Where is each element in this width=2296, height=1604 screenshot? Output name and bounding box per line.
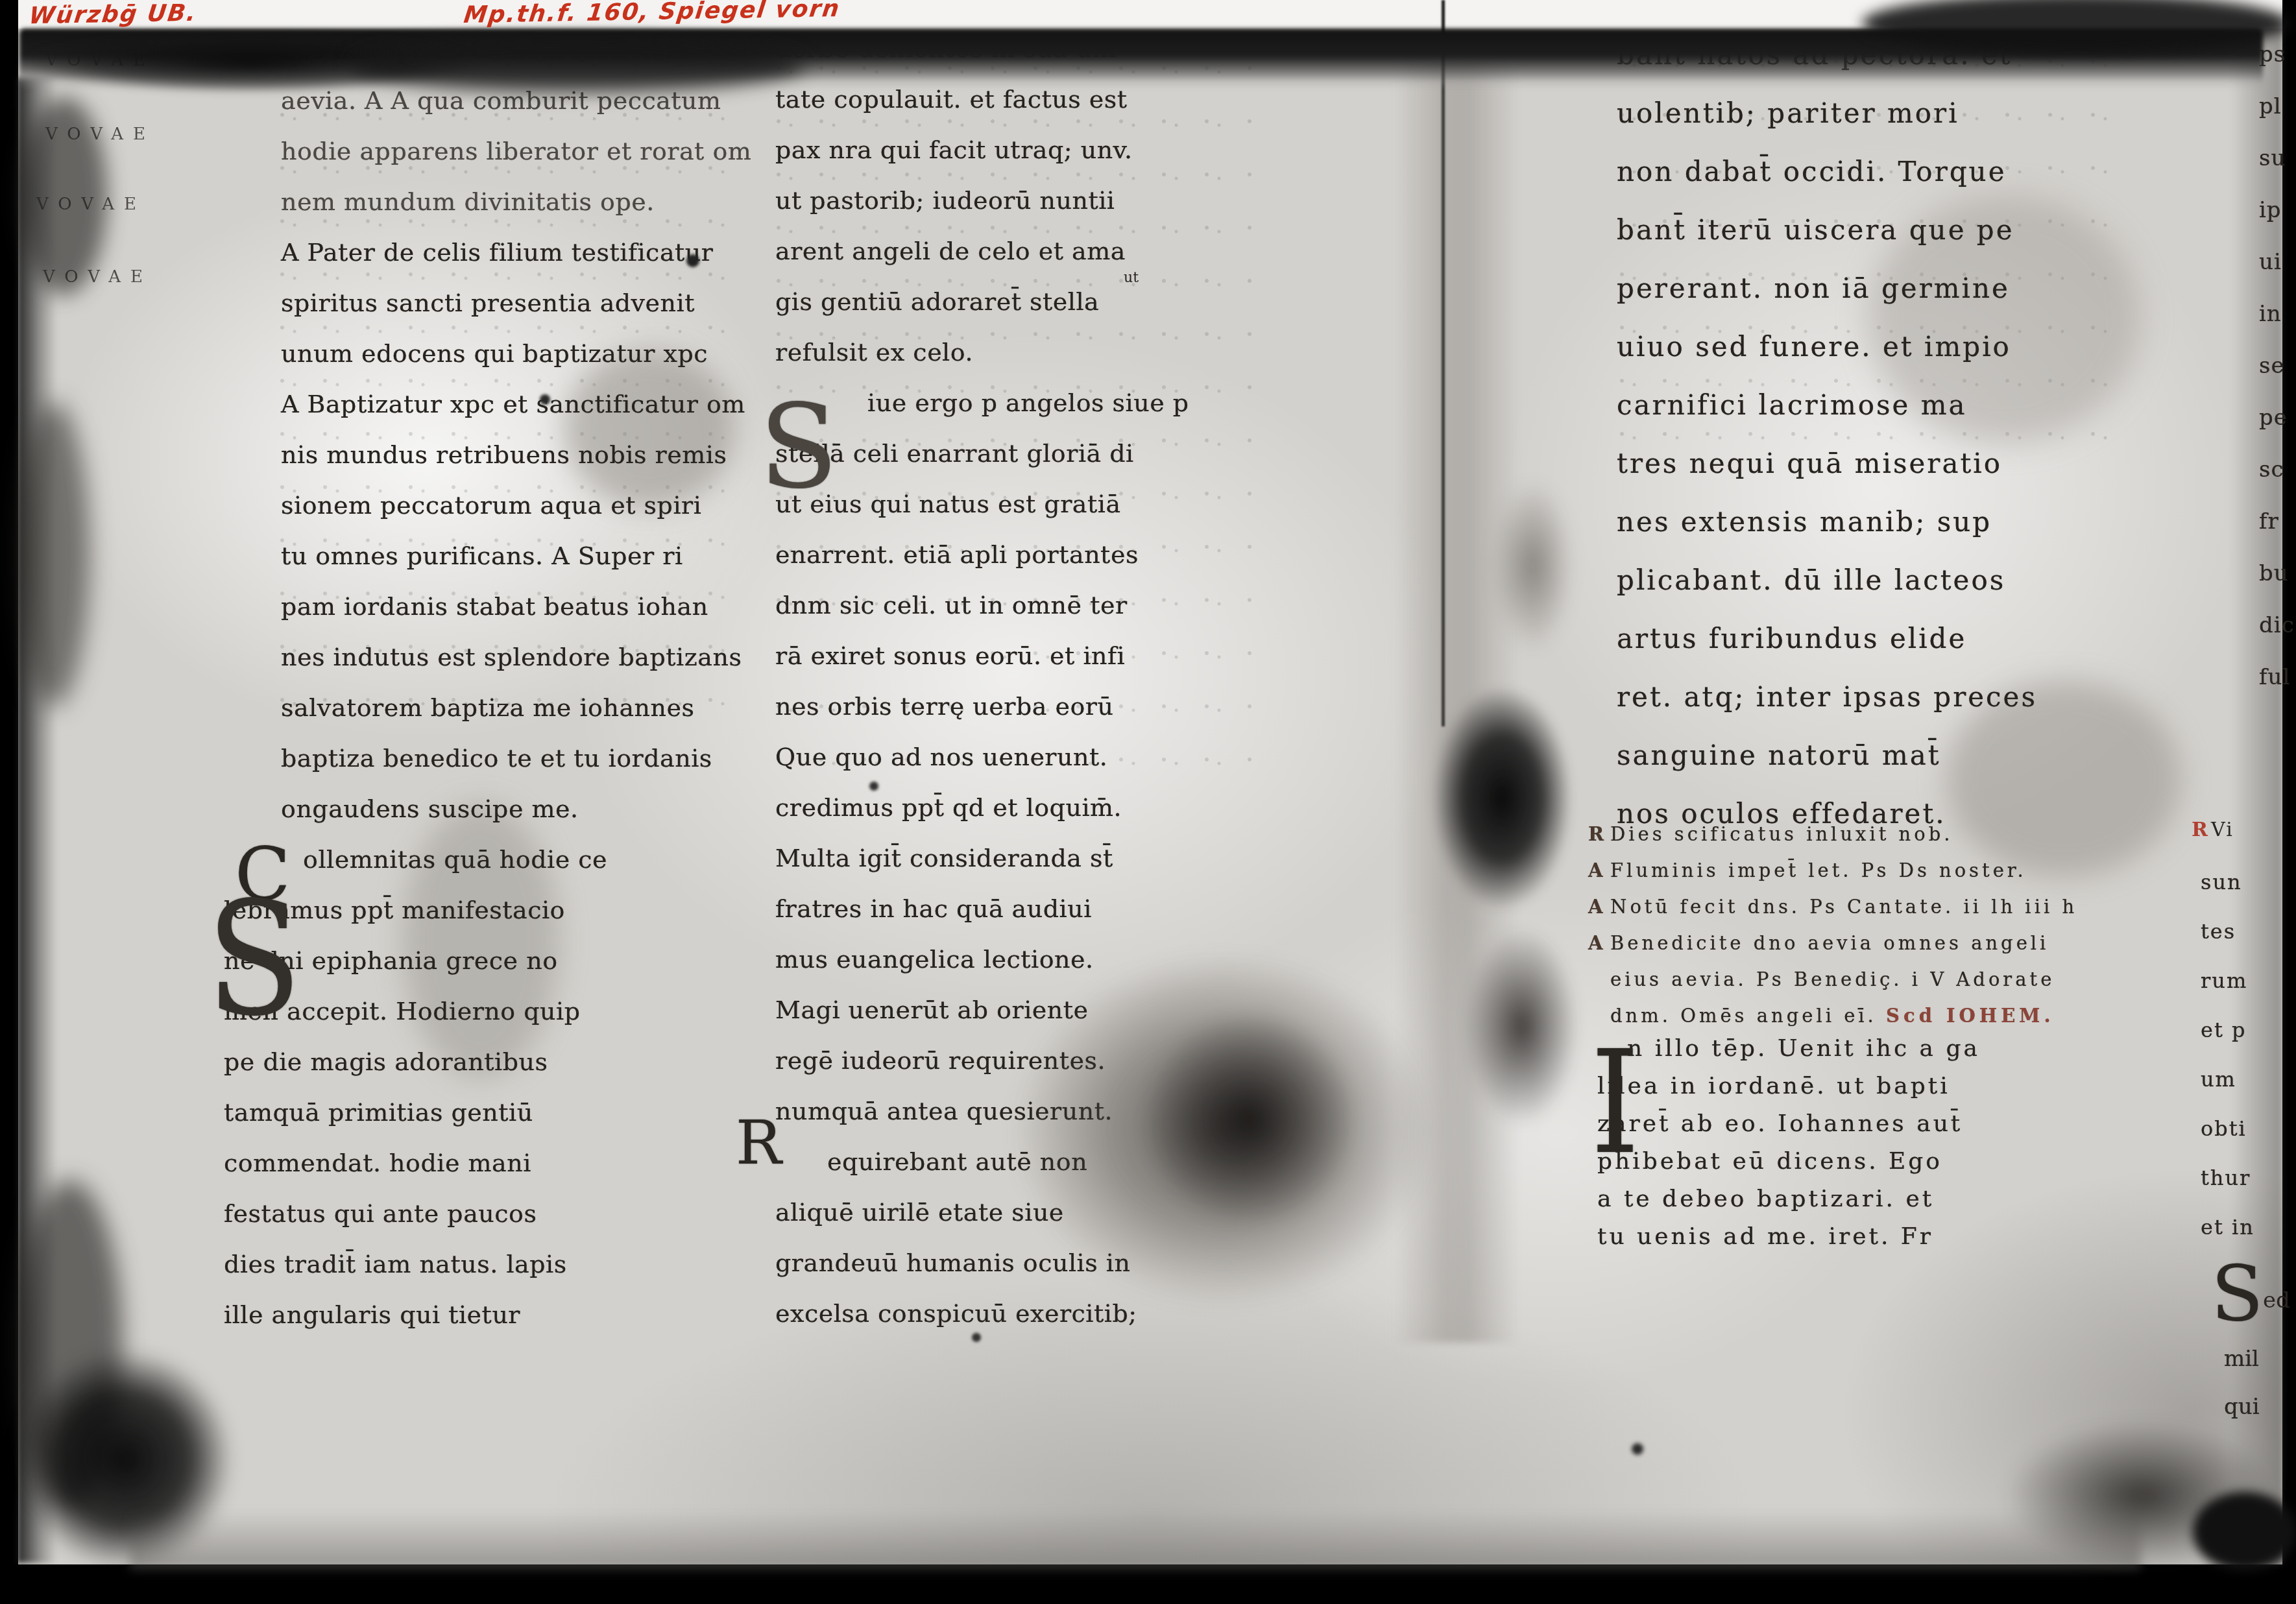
text-line: nem mundum divinitatis ope. bbox=[224, 176, 730, 227]
text-line: ret. atq; inter ipsas preces bbox=[1617, 668, 2175, 726]
interlinear-gloss: ut bbox=[1124, 270, 1139, 286]
text-line: phibebat eū dicens. Ego bbox=[1597, 1143, 2168, 1180]
annotation-library: Würzbḡ UB. bbox=[27, 0, 198, 29]
rubric-text: Fluminis impet̄ let. Ps Ds noster. bbox=[1610, 859, 2027, 881]
text-column-1: nos adimplere omnem iusticiamaevia. A A … bbox=[224, 25, 730, 1340]
text-line: Multa igit̄ consideranda st̄ bbox=[775, 833, 1288, 883]
rubric-line: ABenedicite dno aevia omnes angeli bbox=[1588, 925, 2172, 961]
text-line: dies tradit̄ iam natus. lapis bbox=[224, 1239, 730, 1289]
text-line: Que quo ad nos uenerunt. bbox=[775, 732, 1288, 782]
text-line: tes bbox=[2201, 907, 2254, 956]
text-line: mil bbox=[2224, 1335, 2260, 1383]
text-line: hodie apparens liberator et rorat om bbox=[224, 126, 730, 176]
text-line: enarrent. etiā apli portantes bbox=[775, 529, 1288, 580]
text-line: credimus ppt̄ qd et loquim̄. bbox=[775, 782, 1288, 833]
text-line: fratres in hac quā audiui bbox=[775, 883, 1288, 934]
text-line: non dabat̄ occidi. Torque bbox=[1617, 143, 2175, 201]
text-line: uerbo uenientes in sua uni bbox=[775, 23, 1288, 74]
text-line: ps bbox=[2259, 29, 2295, 80]
rubric-text: Benedicite dno aevia omnes angeli bbox=[1610, 932, 2049, 954]
text-line: uolentib; pariter mori bbox=[1617, 84, 2175, 143]
text-line: su bbox=[2259, 132, 2295, 184]
rubric-line: AFluminis impet̄ let. Ps Ds noster. bbox=[1588, 852, 2172, 889]
text-line: pererant. non iā germine bbox=[1617, 259, 2175, 318]
text-line: nes indutus est splendore baptizans bbox=[224, 632, 730, 682]
rubric-line: dnm. Omēs angeli eī. Scd IOHEM. bbox=[1588, 998, 2172, 1034]
margin-note: VOVAE bbox=[45, 51, 155, 70]
text-line: salvatorem baptiza me iohannes bbox=[224, 682, 730, 733]
text-line: tres nequi quā miseratio bbox=[1617, 435, 2175, 493]
rubric-text: dnm. Omēs angeli eī. bbox=[1610, 1005, 1886, 1027]
text-line: n illo tēp. Uenit ihc a ga bbox=[1597, 1030, 2168, 1068]
text-line: spiritus sancti presentia advenit bbox=[224, 278, 730, 328]
edge-responsory: RVi bbox=[2192, 819, 2234, 841]
text-line: nis mundus retribuens nobis remis bbox=[224, 429, 730, 480]
text-line: mus euangelica lectione. bbox=[775, 934, 1288, 985]
text-line: sanguine natorū mat̄ bbox=[1617, 726, 2175, 785]
antiphon-marker: A bbox=[1588, 852, 1610, 889]
text-line: refulsit ex celo. bbox=[775, 327, 1288, 377]
text-line: thur bbox=[2201, 1153, 2254, 1203]
text-column-3: bant natos ad pectora. etuolentib; parit… bbox=[1617, 26, 2175, 843]
edge-fragments-top: psplsuipuiinsepescfrbudicful bbox=[2259, 29, 2295, 703]
text-line: aliquē uirilē etate siue bbox=[775, 1187, 1288, 1238]
text-line: ful bbox=[2259, 651, 2295, 703]
text-line: pam iordanis stabat beatus iohan bbox=[224, 581, 730, 632]
text-line: nos adimplere omnem iusticiam bbox=[224, 25, 730, 75]
edge-initial-s: S bbox=[2211, 1255, 2264, 1332]
text-line: festatus qui ante paucos bbox=[224, 1188, 730, 1239]
text-line: arent angeli de celo et ama bbox=[775, 226, 1288, 276]
initial-r-requirebant: R bbox=[736, 1113, 782, 1174]
text-line: pe bbox=[2259, 392, 2295, 444]
text-line: bant̄ iterū uiscera que pe bbox=[1617, 201, 2175, 259]
rubric-line: RDies scificatus inluxit nob. bbox=[1588, 816, 2172, 852]
responsory-marker: R bbox=[2192, 819, 2211, 841]
margin-note: VOVAE bbox=[36, 195, 146, 214]
text-line: rā exiret sonus eorū. et infi bbox=[775, 630, 1288, 681]
manuscript-photo: Würzbḡ UB. Mp.th.f. 160, Spiegel vorn VO… bbox=[0, 0, 2296, 1604]
text-line: Magi uenerūt ab oriente bbox=[775, 985, 1288, 1035]
text-line: dnm sic celi. ut in omnē ter bbox=[775, 580, 1288, 630]
text-line: bu bbox=[2259, 547, 2295, 599]
edge-fragments-tail: milqui bbox=[2224, 1335, 2260, 1431]
antiphon-marker: A bbox=[1588, 925, 1610, 961]
text-line: stellā celi enarrant gloriā di bbox=[775, 428, 1288, 479]
text-line: aevia. A A qua comburit peccatum bbox=[224, 75, 730, 126]
text-line: tamquā primitias gentiū bbox=[224, 1087, 730, 1138]
text-line: gis gentiū adoraret̄ stella bbox=[775, 276, 1288, 327]
text-line: A Pater de celis filium testificatur bbox=[224, 227, 730, 278]
rubric-line: eius aevia. Ps Benediç. i V Adorate bbox=[1588, 961, 2172, 998]
gospel-text: n illo tēp. Uenit ihc a galilea in iorda… bbox=[1597, 1030, 2168, 1256]
text-column-2: uerbo uenientes in sua unitate copulauit… bbox=[775, 23, 1288, 1339]
text-line: equirebant autē non bbox=[775, 1136, 1288, 1187]
rubric-line: ANotū fecit dns. Ps Cantate. ii lh iii h bbox=[1588, 889, 2172, 925]
text-line: tu omnes purificans. A Super ri bbox=[224, 531, 730, 581]
text-line: ongaudens suscipe me. bbox=[224, 784, 730, 834]
text-line: sionem peccatorum aqua et spiri bbox=[224, 480, 730, 531]
text-line: plicabant. dū ille lacteos bbox=[1617, 551, 2175, 610]
text-line: et p bbox=[2201, 1005, 2254, 1055]
text-line: qui bbox=[2224, 1383, 2260, 1431]
gospel-heading: Scd IOHEM. bbox=[1886, 1005, 2055, 1027]
rubric-text: Dies scificatus inluxit nob. bbox=[1610, 823, 1953, 845]
text-line: dic bbox=[2259, 599, 2295, 651]
text-line: tu uenis ad me. iret. Fr bbox=[1597, 1218, 2168, 1256]
text-line: nes orbis terrę uerba eorū bbox=[775, 681, 1288, 732]
antiphon-marker: A bbox=[1588, 889, 1610, 925]
text-line: lilea in iordanē. ut bapti bbox=[1597, 1068, 2168, 1105]
text-line: commendat. hodie mani bbox=[224, 1138, 730, 1188]
text-line: se bbox=[2259, 340, 2295, 392]
initial-s-sollemnitas: S bbox=[206, 881, 302, 1038]
text-line: a te debeo baptizari. et bbox=[1597, 1180, 2168, 1218]
responsory-marker: R bbox=[1588, 816, 1610, 852]
text-line: excelsa conspicuū exercitib; bbox=[775, 1288, 1288, 1339]
edge-fragments-bottom: suntesrumet pumobtithuret in bbox=[2201, 857, 2254, 1252]
initial-s-siue: S bbox=[759, 389, 838, 505]
text-line: uiuo sed funere. et impio bbox=[1617, 318, 2175, 376]
text-line: sc bbox=[2259, 444, 2295, 496]
text-line: unum edocens qui baptizatur xpc bbox=[224, 328, 730, 379]
text-line: ut pastorib; iudeorū nuntii bbox=[775, 175, 1288, 226]
text-line: obti bbox=[2201, 1104, 2254, 1153]
text-line: nes extensis manib; sup bbox=[1617, 493, 2175, 551]
text-line: carnifici lacrimose ma bbox=[1617, 376, 2175, 435]
text-line: zaret̄ ab eo. Iohannes aut̄ bbox=[1597, 1105, 2168, 1143]
text-line: baptiza benedico te et tu iordanis bbox=[224, 733, 730, 784]
rubric-block: RDies scificatus inluxit nob. AFluminis … bbox=[1588, 816, 2172, 1034]
rubric-text: Notū fecit dns. Ps Cantate. ii lh iii h bbox=[1610, 896, 2077, 918]
text-line: pax nra qui facit utraq; unv. bbox=[775, 125, 1288, 175]
text-line: ip bbox=[2259, 184, 2295, 236]
text-line: regē iudeorū requirentes. bbox=[775, 1035, 1288, 1086]
text-line: sun bbox=[2201, 857, 2254, 907]
text-line: tate copulauit. et factus est bbox=[775, 74, 1288, 125]
text-line: ut eius qui natus est gratiā bbox=[775, 479, 1288, 529]
text-line: ui bbox=[2259, 236, 2295, 288]
text-line: fr bbox=[2259, 496, 2295, 547]
text-line: um bbox=[2201, 1055, 2254, 1104]
text-line: bant natos ad pectora. et bbox=[1617, 26, 2175, 84]
rubric-text: eius aevia. Ps Benediç. i V Adorate bbox=[1610, 968, 2055, 990]
margin-note: VOVAE bbox=[45, 125, 155, 144]
text-line: iue ergo p angelos siue p bbox=[775, 377, 1288, 428]
text-line: numquā antea quesierunt. bbox=[775, 1086, 1288, 1136]
initial-i-inillo: I bbox=[1591, 1033, 1639, 1175]
edge-fragment: Vi bbox=[2211, 819, 2234, 841]
text-line: A Baptizatur xpc et sanctificatur om bbox=[224, 379, 730, 429]
edge-fragment: ed bbox=[2263, 1287, 2290, 1313]
text-line: ille angularis qui tietur bbox=[224, 1289, 730, 1340]
text-line: rum bbox=[2201, 956, 2254, 1005]
margin-note: VOVAE bbox=[43, 267, 152, 287]
text-line: grandeuū humanis oculis in bbox=[775, 1238, 1288, 1288]
fold-line bbox=[1442, 0, 1445, 726]
text-line: et in bbox=[2201, 1203, 2254, 1252]
text-line: in bbox=[2259, 288, 2295, 340]
text-line: artus furibundus elide bbox=[1617, 610, 2175, 668]
text-line: pl bbox=[2259, 80, 2295, 132]
